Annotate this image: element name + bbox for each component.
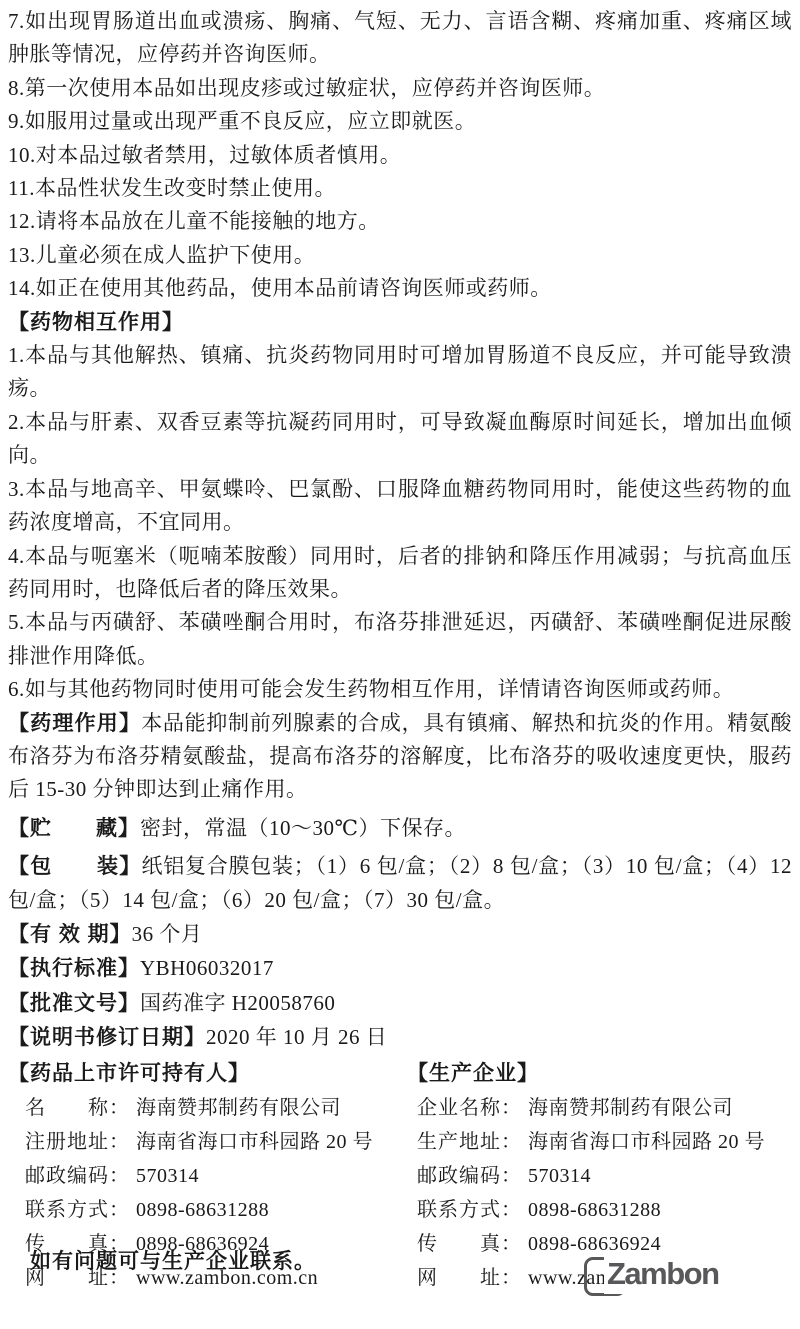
info-value: 570314 bbox=[136, 1165, 199, 1187]
section-bracket-header: 【贮 藏】 bbox=[8, 817, 140, 840]
info-row: 邮政编码：570314 bbox=[8, 1159, 407, 1193]
leaflet-paragraph: 11.本品性状发生改变时禁止使用。 bbox=[8, 172, 792, 205]
contact-note: 如有问题可与生产企业联系。 bbox=[30, 1245, 316, 1275]
info-label: 企业名称： bbox=[417, 1097, 522, 1119]
info-value: 海南省海口市科园路 20 号 bbox=[528, 1131, 765, 1153]
leaflet-paragraph: 【说明书修订日期】2020 年 10 月 26 日 bbox=[8, 1021, 792, 1054]
leaflet-paragraph: 【有 效 期】36 个月 bbox=[8, 918, 792, 951]
leaflet-paragraph: 13.儿童必须在成人监护下使用。 bbox=[8, 239, 792, 272]
leaflet-paragraph: 【批准文号】国药准字 H20058760 bbox=[8, 987, 792, 1020]
leaflet-paragraph: 9.如服用过量或出现严重不良反应，应立即就医。 bbox=[8, 105, 792, 138]
leaflet-paragraph: 【药理作用】本品能抑制前列腺素的合成，具有镇痛、解热和抗炎的作用。精氨酸布洛芬为… bbox=[8, 707, 792, 807]
info-label: 邮政编码： bbox=[25, 1165, 130, 1187]
leaflet-paragraph: 4.本品与呃塞米（呃喃苯胺酸）同用时，后者的排钠和降压作用减弱；与抗高血压药同用… bbox=[8, 540, 792, 607]
info-value: 海南省海口市科园路 20 号 bbox=[136, 1131, 373, 1153]
info-label: 名 称： bbox=[25, 1097, 130, 1119]
paragraph-text: 14.如正在使用其他药品，使用本品前请咨询医师或药师。 bbox=[8, 276, 552, 300]
info-label: 邮政编码： bbox=[417, 1165, 522, 1187]
info-row: 注册地址：海南省海口市科园路 20 号 bbox=[8, 1125, 407, 1159]
paragraph-text: 国药准字 H20058760 bbox=[140, 991, 335, 1015]
section-bracket-header: 【药物相互作用】 bbox=[8, 311, 184, 334]
section-bracket-header: 【执行标准】 bbox=[8, 957, 140, 980]
leaflet-footer: 如有问题可与生产企业联系。 Zambon bbox=[0, 1210, 800, 1329]
paragraph-text: 13.儿童必须在成人监护下使用。 bbox=[8, 243, 315, 267]
leaflet-paragraph: 2.本品与肝素、双香豆素等抗凝药同用时，可导致凝血酶原时间延长，增加出血倾向。 bbox=[8, 406, 792, 473]
paragraph-text: 4.本品与呃塞米（呃喃苯胺酸）同用时，后者的排钠和降压作用减弱；与抗高血压药同用… bbox=[8, 544, 792, 601]
paragraph-text: 密封，常温（10～30℃）下保存。 bbox=[140, 816, 466, 840]
paragraph-text: YBH06032017 bbox=[140, 956, 274, 980]
leaflet-paragraph: 【贮 藏】密封，常温（10～30℃）下保存。 bbox=[8, 812, 792, 845]
section-bracket-header: 【说明书修订日期】 bbox=[8, 1026, 206, 1049]
drug-leaflet-page: 7.如出现胃肠道出血或溃疡、胸痛、气短、无力、言语含糊、疼痛加重、疼痛区域肿胀等… bbox=[0, 0, 800, 1329]
paragraph-text: 11.本品性状发生改变时禁止使用。 bbox=[8, 176, 336, 200]
info-row: 企业名称：海南赞邦制药有限公司 bbox=[407, 1091, 792, 1125]
info-row: 生产地址：海南省海口市科园路 20 号 bbox=[407, 1125, 792, 1159]
paragraph-text: 12.请将本品放在儿童不能接触的地方。 bbox=[8, 209, 380, 233]
info-row: 名 称：海南赞邦制药有限公司 bbox=[8, 1091, 407, 1125]
leaflet-paragraph: 3.本品与地高辛、甲氨蝶呤、巴氯酚、口服降血糖药物同用时，能使这些药物的血药浓度… bbox=[8, 473, 792, 540]
info-value: 570314 bbox=[528, 1165, 591, 1187]
leaflet-paragraph: 14.如正在使用其他药品，使用本品前请咨询医师或药师。 bbox=[8, 272, 792, 305]
info-value: 海南赞邦制药有限公司 bbox=[528, 1097, 733, 1119]
info-row: 邮政编码：570314 bbox=[407, 1159, 792, 1193]
paragraph-text: 9.如服用过量或出现严重不良反应，应立即就医。 bbox=[8, 109, 476, 133]
paragraph-text: 1.本品与其他解热、镇痛、抗炎药物同用时可增加胃肠道不良反应，并可能导致溃疡。 bbox=[8, 343, 792, 400]
paragraph-text: 8.第一次使用本品如出现皮疹或过敏症状，应停药并咨询医师。 bbox=[8, 76, 605, 100]
leaflet-paragraph: 1.本品与其他解热、镇痛、抗炎药物同用时可增加胃肠道不良反应，并可能导致溃疡。 bbox=[8, 339, 792, 406]
manufacturer-header: 【生产企业】 bbox=[407, 1057, 792, 1091]
leaflet-paragraph: 【包 装】纸铝复合膜包装；（1）6 包/盒；（2）8 包/盒；（3）10 包/盒… bbox=[8, 850, 792, 917]
paragraph-text: 36 个月 bbox=[132, 922, 203, 946]
leaflet-paragraph: 10.对本品过敏者禁用，过敏体质者慎用。 bbox=[8, 139, 792, 172]
leaflet-paragraph: 12.请将本品放在儿童不能接触的地方。 bbox=[8, 205, 792, 238]
paragraph-text: 10.对本品过敏者禁用，过敏体质者慎用。 bbox=[8, 143, 401, 167]
paragraph-text: 3.本品与地高辛、甲氨蝶呤、巴氯酚、口服降血糖药物同用时，能使这些药物的血药浓度… bbox=[8, 477, 792, 534]
license-holder-header: 【药品上市许可持有人】 bbox=[8, 1057, 407, 1091]
paragraph-text: 5.本品与丙磺舒、苯磺唑酮合用时，布洛芬排泄延迟，丙磺舒、苯磺唑酮促进尿酸排泄作… bbox=[8, 610, 792, 667]
info-label: 生产地址： bbox=[417, 1131, 522, 1153]
leaflet-paragraph: 6.如与其他药物同时使用可能会发生药物相互作用，详情请咨询医师或药师。 bbox=[8, 673, 792, 706]
leaflet-paragraph: 5.本品与丙磺舒、苯磺唑酮合用时，布洛芬排泄延迟，丙磺舒、苯磺唑酮促进尿酸排泄作… bbox=[8, 606, 792, 673]
leaflet-body-text: 7.如出现胃肠道出血或溃疡、胸痛、气短、无力、言语含糊、疼痛加重、疼痛区域肿胀等… bbox=[8, 5, 792, 1055]
leaflet-paragraph: 8.第一次使用本品如出现皮疹或过敏症状，应停药并咨询医师。 bbox=[8, 72, 792, 105]
paragraph-text: 2020 年 10 月 26 日 bbox=[206, 1025, 387, 1049]
info-label: 注册地址： bbox=[25, 1131, 130, 1153]
leaflet-paragraph: 【执行标准】YBH06032017 bbox=[8, 952, 792, 985]
paragraph-text: 2.本品与肝素、双香豆素等抗凝药同用时，可导致凝血酶原时间延长，增加出血倾向。 bbox=[8, 410, 792, 467]
leaflet-paragraph: 7.如出现胃肠道出血或溃疡、胸痛、气短、无力、言语含糊、疼痛加重、疼痛区域肿胀等… bbox=[8, 5, 792, 72]
leaflet-paragraph: 【药物相互作用】 bbox=[8, 306, 792, 339]
section-bracket-header: 【批准文号】 bbox=[8, 992, 140, 1015]
paragraph-text: 7.如出现胃肠道出血或溃疡、胸痛、气短、无力、言语含糊、疼痛加重、疼痛区域肿胀等… bbox=[8, 9, 792, 66]
zambon-logo-wordmark: Zambon bbox=[604, 1254, 721, 1294]
zambon-logo: Zambon bbox=[584, 1254, 736, 1304]
section-bracket-header: 【药理作用】 bbox=[8, 712, 141, 735]
section-bracket-header: 【包 装】 bbox=[8, 855, 142, 878]
paragraph-text: 6.如与其他药物同时使用可能会发生药物相互作用，详情请咨询医师或药师。 bbox=[8, 677, 734, 701]
info-value: 海南赞邦制药有限公司 bbox=[136, 1097, 341, 1119]
section-bracket-header: 【有 效 期】 bbox=[8, 923, 132, 946]
